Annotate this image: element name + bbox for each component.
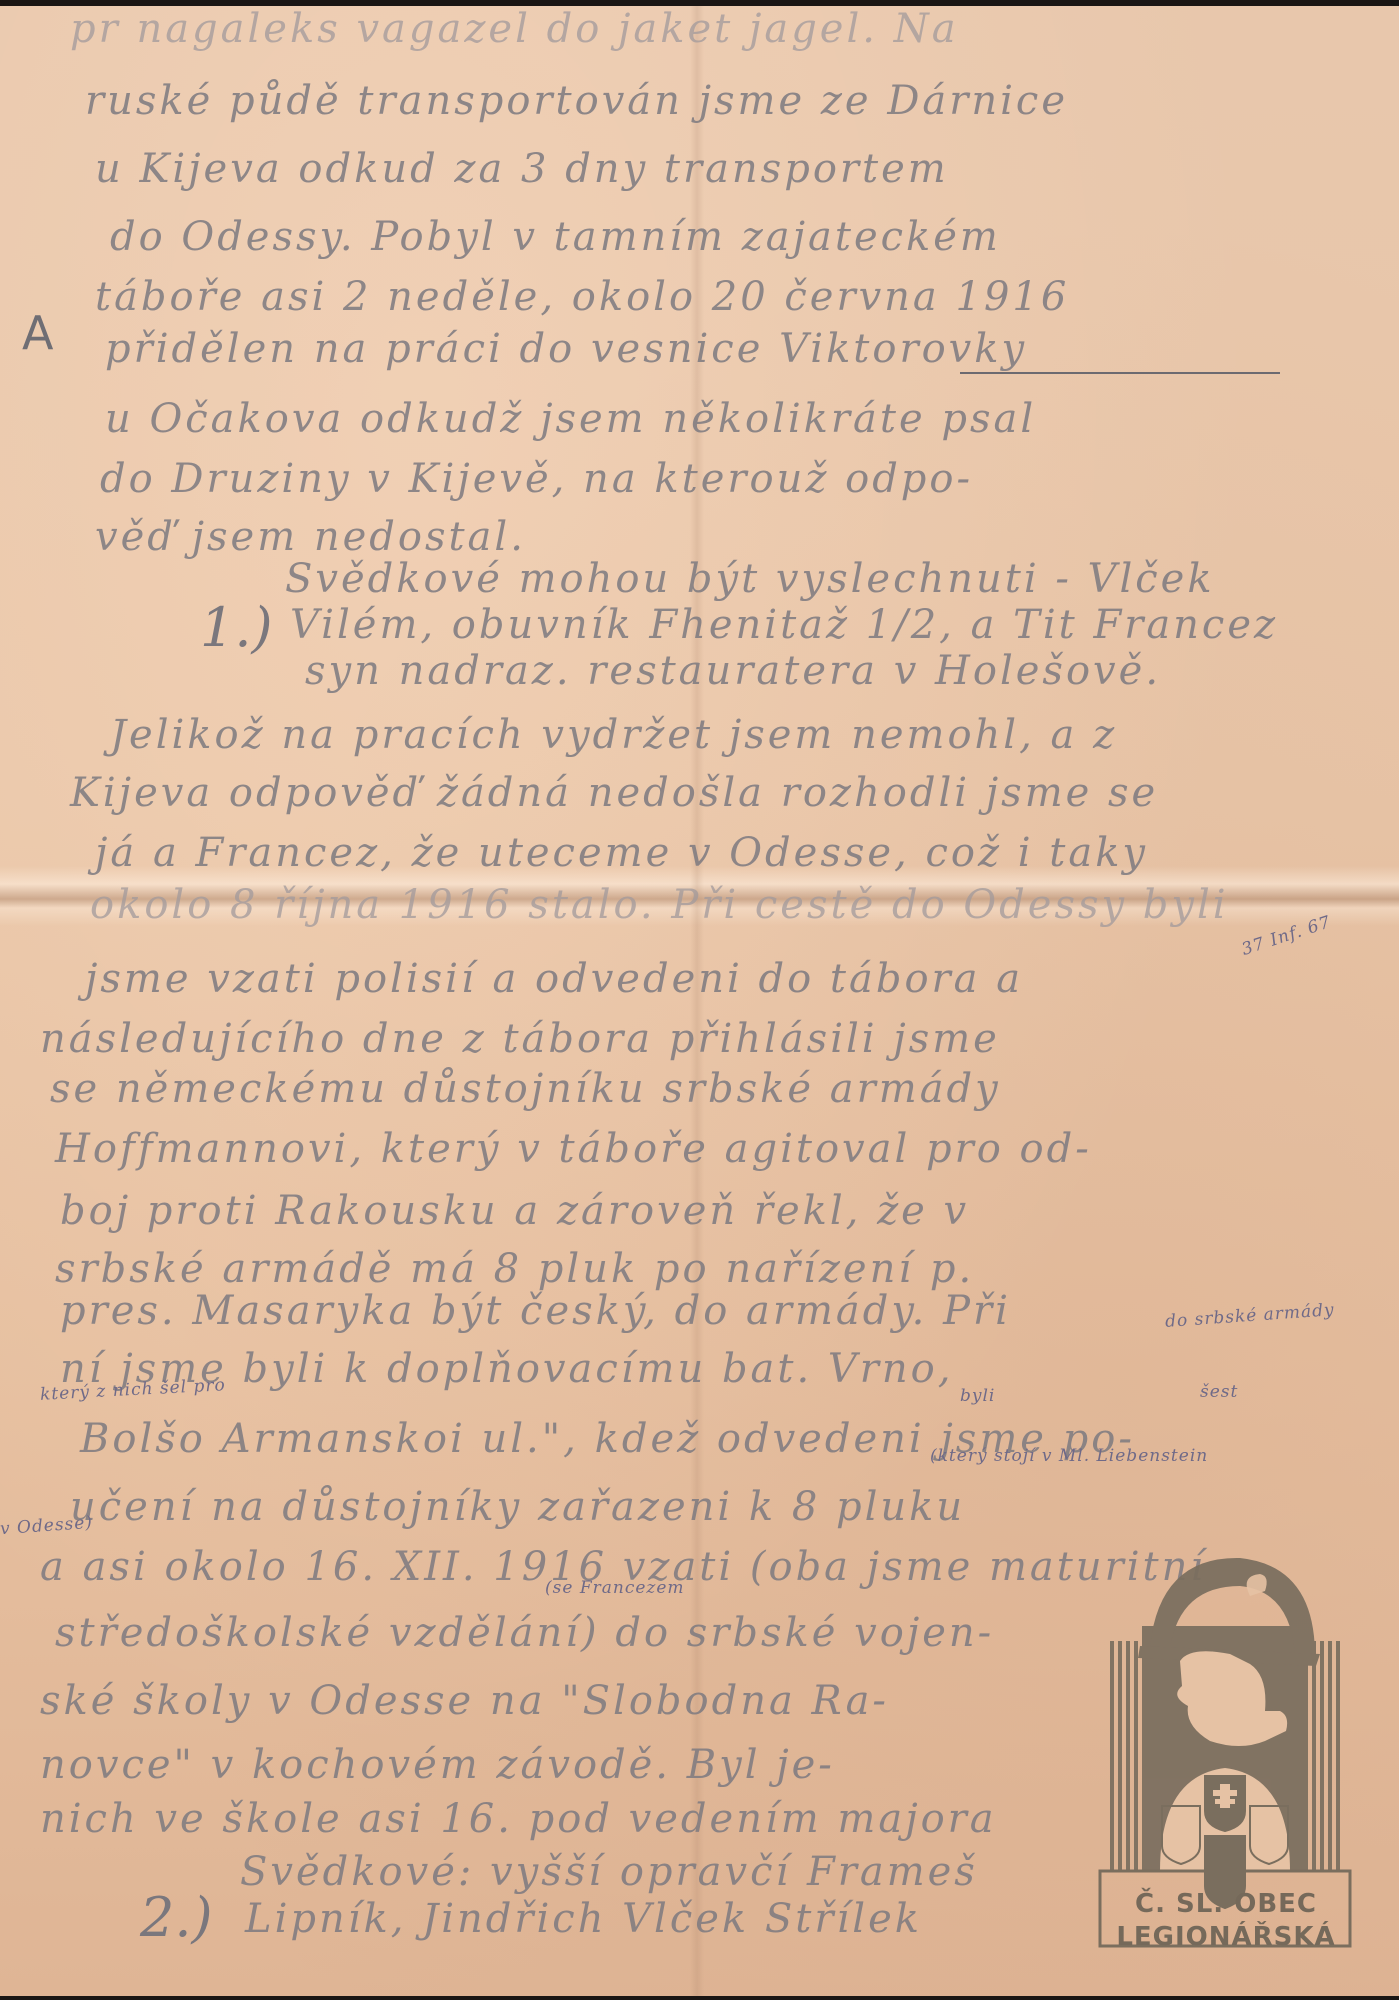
text-line: středoškolské vzdělání) do srbské vojen- bbox=[55, 1610, 994, 1656]
text-line: ské školy v Odesse na "Slobodna Ra- bbox=[40, 1678, 889, 1724]
text-line: syn nadraz. restauratera v Holešově. bbox=[305, 648, 1161, 694]
text-line: Svědkové: vyšší opravčí Frameš bbox=[240, 1849, 978, 1895]
text-line: se německému důstojníku srbské armády bbox=[50, 1066, 1001, 1112]
text-line: do Druziny v Kijevě, na kterouž odpo- bbox=[100, 456, 973, 502]
item-number: 2.) bbox=[140, 1886, 213, 1949]
text-line: u Očakova odkudž jsem několikráte psal bbox=[105, 396, 1036, 442]
margin-mark: A bbox=[22, 306, 53, 360]
text-line: nich ve škole asi 16. pod vedením majora bbox=[40, 1796, 997, 1842]
underline bbox=[960, 372, 1280, 374]
text-line: novce" v kochovém závodě. Byl je- bbox=[40, 1742, 835, 1788]
marginal-note: šest bbox=[1200, 1382, 1238, 1402]
marginal-note: (se Francezem bbox=[545, 1578, 685, 1598]
marginal-note: (který stojí v Ml. Liebenstein bbox=[930, 1446, 1208, 1466]
text-line: boj proti Rakousku a zároveň řekl, že v bbox=[60, 1188, 969, 1234]
text-line: následujícího dne z tábora přihlásili js… bbox=[40, 1016, 1000, 1062]
marginal-note: byli bbox=[960, 1386, 995, 1406]
fasces-left-icon bbox=[1110, 1641, 1138, 1871]
text-line: věď jsem nedostal. bbox=[95, 514, 526, 560]
fasces-right-icon bbox=[1312, 1641, 1340, 1871]
text-line: u Kijeva odkud za 3 dny transportem bbox=[95, 146, 949, 192]
text-line: Lipník, Jindřich Vlček Střílek bbox=[245, 1896, 922, 1942]
text-line: pr nagaleks vagazel do jaket jagel. Na bbox=[70, 6, 959, 52]
logo-text-line1: Č. SL. OBEC bbox=[1098, 1889, 1354, 1919]
text-line: Jelikož na pracích vydržet jsem nemohl, … bbox=[110, 712, 1117, 758]
text-line: do Odessy. Pobyl v tamním zajateckém bbox=[110, 214, 1001, 260]
logo-text-line2: LEGIONÁŘSKÁ bbox=[1098, 1922, 1354, 1952]
text-line: okolo 8 října 1916 stalo. Při cestě do O… bbox=[90, 882, 1229, 928]
item-number: 1.) bbox=[200, 596, 273, 659]
marginal-note: v Odesse) bbox=[0, 1513, 94, 1539]
text-line: jsme vzati polisií a odvedeni do tábora … bbox=[85, 956, 1023, 1002]
text-line: přidělen na práci do vesnice Viktorovky bbox=[105, 326, 1027, 372]
text-line: táboře asi 2 neděle, okolo 20 června 191… bbox=[95, 274, 1069, 320]
text-line: učení na důstojníky zařazeni k 8 pluku bbox=[70, 1484, 965, 1530]
text-line: Kijeva odpověď žádná nedošla rozhodli js… bbox=[70, 770, 1158, 816]
letter-page: A pr nagaleks vagazel do jaket jagel. Na… bbox=[0, 6, 1399, 1996]
text-line: pres. Masaryka být český, do armády. Při bbox=[60, 1288, 1011, 1334]
marginal-note: do srbské armády bbox=[1165, 1300, 1336, 1332]
text-line: já a Francez, že uteceme v Odesse, což i… bbox=[95, 830, 1148, 876]
text-line: ruské půdě transportován jsme ze Dárnice bbox=[85, 78, 1068, 124]
text-line: Hoffmannovi, který v táboře agitoval pro… bbox=[55, 1126, 1092, 1172]
text-line: Vilém, obuvník Fhenitaž 1/2, a Tit Franc… bbox=[290, 602, 1278, 648]
text-line: srbské armádě má 8 pluk po nařízení p. bbox=[55, 1246, 974, 1292]
text-line: Svědkové mohou být vyslechnuti - Vlček bbox=[285, 556, 1215, 602]
